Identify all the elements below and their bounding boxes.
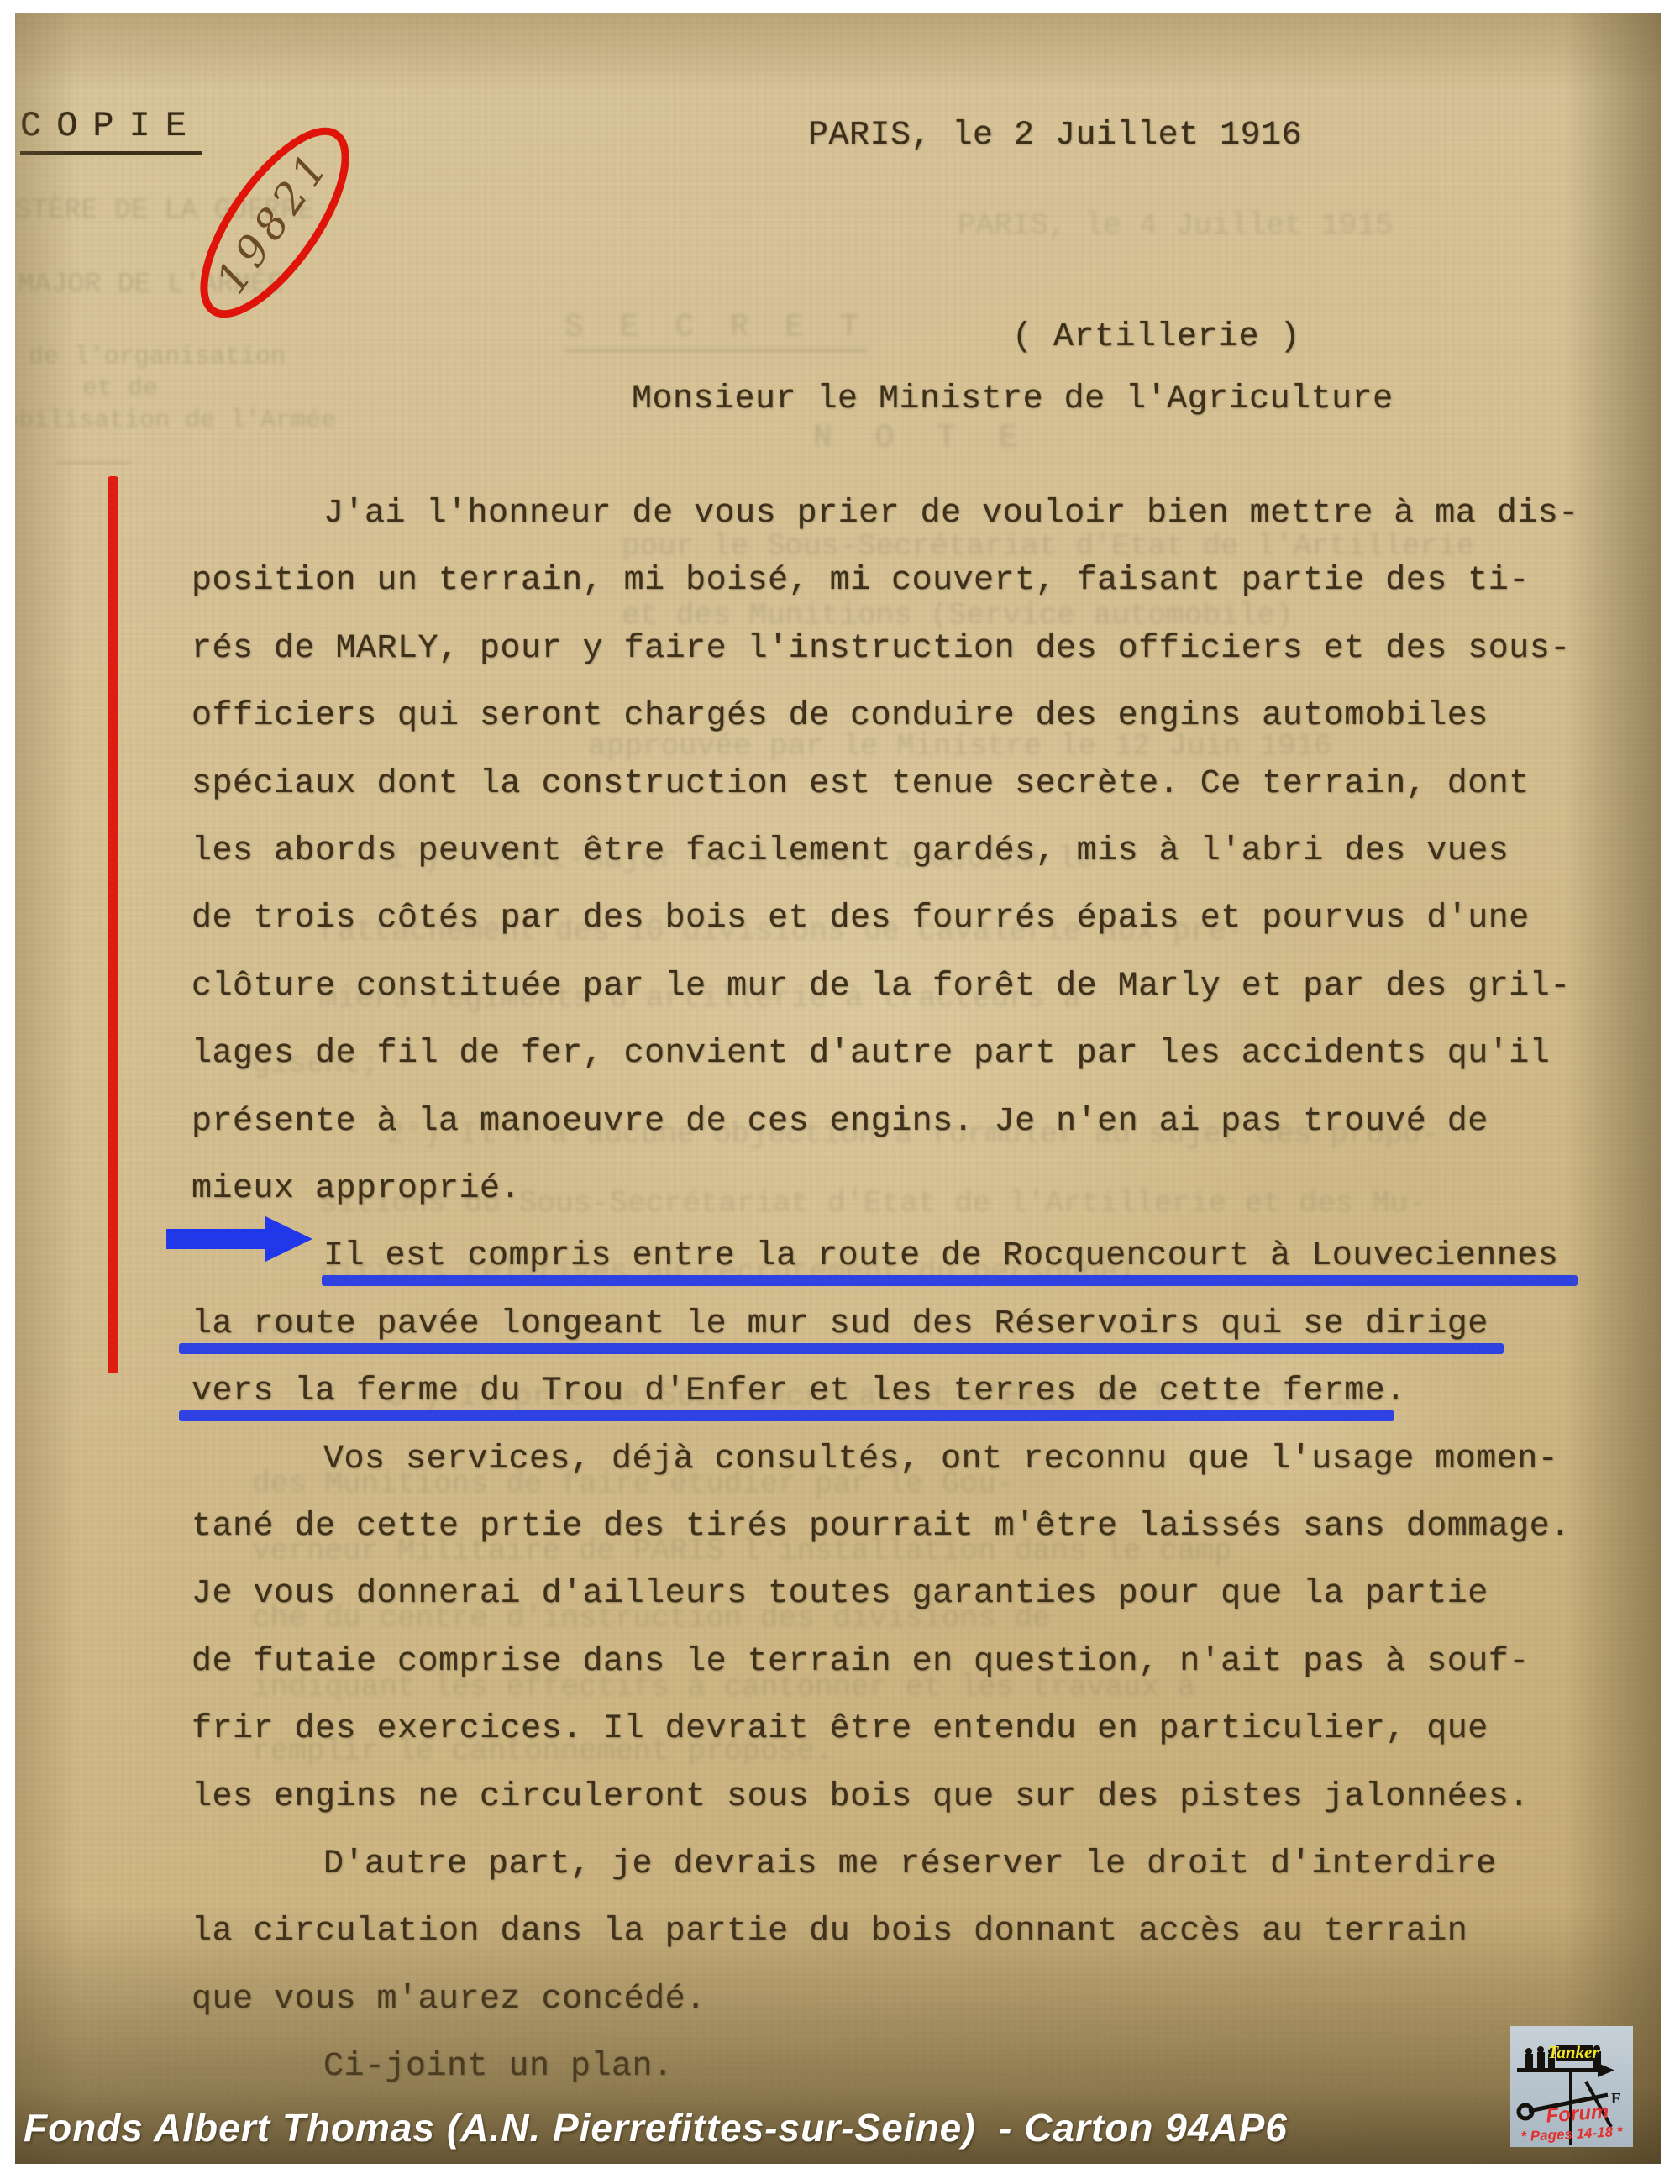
frame-left (0, 0, 15, 2184)
typed-line: Je vous donnerai d'ailleurs toutes garan… (192, 1574, 1488, 1614)
red-margin-line-annotation (108, 476, 118, 1373)
ghost-letterhead-line: et de (82, 375, 158, 403)
typed-line: D'autre part, je devrais me réserver le … (323, 1845, 1497, 1885)
forum-logo: E Tanker Forum * Pages 14-18 * (1510, 2026, 1633, 2147)
typed-line: de trois côtés par des bois et des fourr… (192, 899, 1530, 939)
typed-line: les engins ne circuleront sous bois que … (192, 1777, 1530, 1818)
typed-line: lages de fil de fer, convient d'autre pa… (192, 1034, 1550, 1074)
typed-line: mieux approprié. (192, 1169, 521, 1210)
vignette-right (1564, 13, 1661, 2164)
frame-right (1661, 0, 1680, 2184)
typed-line: Il est compris entre la route de Rocquen… (323, 1236, 1558, 1277)
typed-line: frir des exercices. Il devrait être ente… (192, 1709, 1488, 1750)
typed-line: rés de MARLY, pour y faire l'instruction… (192, 629, 1571, 669)
ghost-line: PARIS, le 4 Juillet 1915 (958, 208, 1393, 243)
typed-line: officiers qui seront chargés de conduire… (192, 696, 1488, 737)
forum-label: Forum (1546, 2100, 1609, 2127)
vignette-top (15, 13, 1661, 92)
typed-line: vers la ferme du Trou d'Enfer et les ter… (192, 1372, 1406, 1412)
typed-line: clôture constituée par le mur de la forê… (192, 967, 1571, 1007)
frame-bottom (0, 2164, 1680, 2184)
typed-line: de futaie comprise dans le terrain en qu… (192, 1642, 1530, 1683)
typed-line: J'ai l'honneur de vous prier de vouloir … (323, 494, 1579, 534)
vignette-left (15, 13, 78, 2164)
ghost-secret-stamp: S E C R E T (564, 309, 868, 352)
screenshot-root: { "colors": { "annotation_red": "#e21208… (0, 0, 1680, 2184)
typed-line: tané de cette prtie des tirés pourrait m… (192, 1507, 1571, 1547)
document-photo: MINISTÈRE DE LA GUERREÉTAT-MAJOR DE L'AR… (15, 13, 1661, 2164)
blue-underline-annotation (322, 1275, 1578, 1286)
blue-underline-annotation (179, 1343, 1504, 1354)
typed-line: position un terrain, mi boisé, mi couver… (192, 561, 1530, 601)
archive-caption: Fonds Albert Thomas (A.N. Pierrefittes-s… (24, 2105, 1288, 2150)
frame-top (0, 0, 1680, 13)
ghost-note-stamp: N O T E (813, 420, 1030, 456)
typed-line: les abords peuvent être facilement gardé… (192, 832, 1509, 872)
service-label: ( Artillerie ) (1012, 318, 1300, 358)
ghost-line: et des Munitions (Service automobile) (622, 598, 1293, 633)
typed-line: présente à la manoeuvre de ces engins. J… (192, 1102, 1488, 1142)
document-photo-inner: MINISTÈRE DE LA GUERREÉTAT-MAJOR DE L'AR… (15, 13, 1661, 2164)
typed-line: Vos services, déjà consultés, ont reconn… (323, 1440, 1558, 1480)
salutation: Monsieur le Ministre de l'Agriculture (632, 380, 1394, 420)
typed-line: la route pavée longeant le mur sud des R… (192, 1305, 1488, 1345)
dateline: PARIS, le 2 Juillet 1916 (808, 116, 1302, 156)
ghost-line: pour le Sous-Secrétariat d'Etat de l'Art… (622, 529, 1474, 564)
blue-underline-annotation (179, 1410, 1394, 1421)
blue-arrow-annotation (166, 1216, 312, 1262)
typed-line: spéciaux dont la construction est tenue … (192, 764, 1530, 805)
logo-east-letter: E (1611, 2090, 1621, 2107)
tanker-label: Tanker (1547, 2042, 1599, 2062)
